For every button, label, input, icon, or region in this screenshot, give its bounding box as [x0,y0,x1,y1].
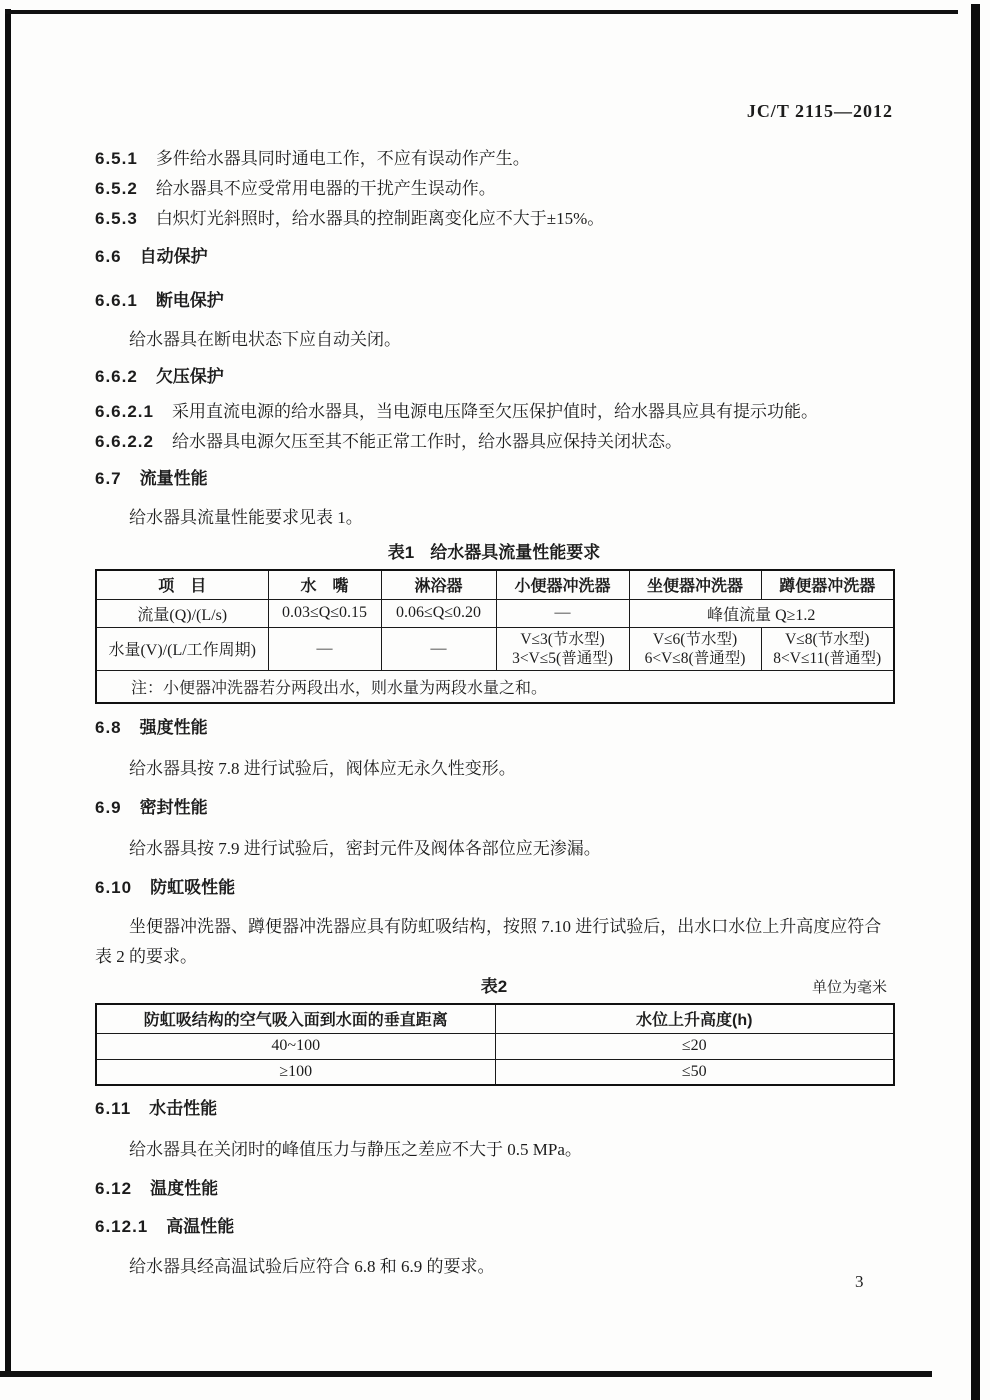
clause-number: 6.6 [95,247,122,266]
heading-6-9: 6.9密封性能 [95,796,893,820]
heading-title: 水击性能 [149,1099,217,1118]
heading-6-6: 6.6自动保护 [95,245,893,269]
document-page: JC/T 2115—2012 6.5.1多件给水器具同时通电工作，不应有误动作产… [0,0,990,1400]
para-6-11: 给水器具在关闭时的峰值压力与静压之差应不大于 0.5 MPa。 [95,1135,893,1165]
table2-row-1: 40~100 ≤20 [96,1033,894,1059]
volume-toilet-line1: V≤6(节水型) [632,630,759,649]
table1-header-urinal: 小便器冲洗器 [496,570,629,599]
clause-number: 6.11 [95,1099,131,1118]
table1-label: 表1 [388,543,414,562]
volume-urinal: V≤3(节水型) 3<V≤5(普通型) [496,627,629,670]
clause-6-5-1: 6.5.1多件给水器具同时通电工作，不应有误动作产生。 [95,144,893,174]
distance-value: 40~100 [96,1033,495,1059]
heading-6-10: 6.10防虹吸性能 [95,876,893,900]
table1-volume-row: 水量(V)/(L/工作周期) — — V≤3(节水型) 3<V≤5(普通型) V… [96,627,894,670]
scan-border-top [5,10,958,14]
para-6-7: 给水器具流量性能要求见表 1。 [95,503,893,533]
volume-row-name: 水量(V)/(L/工作周期) [96,627,268,670]
page-content: JC/T 2115—2012 6.5.1多件给水器具同时通电工作，不应有误动作产… [95,100,893,1282]
heading-title: 防虹吸性能 [150,878,235,897]
heading-title: 欠压保护 [156,367,224,386]
clause-number: 6.9 [95,798,122,817]
table2-row-2: ≥100 ≤50 [96,1059,894,1085]
table2-header-rise: 水位上升高度(h) [495,1004,894,1033]
clause-6-6-2-1: 6.6.2.1采用直流电源的给水器具，当电源电压降至欠压保护值时，给水器具应具有… [95,397,893,427]
table2-header-row: 防虹吸结构的空气吸入面到水面的垂直距离 水位上升高度(h) [96,1004,894,1033]
table1-header-faucet: 水 嘴 [268,570,381,599]
clause-number: 6.6.1 [95,291,138,310]
heading-6-11: 6.11水击性能 [95,1097,893,1121]
clause-text: 给水器具电源欠压至其不能正常工作时，给水器具应保持关闭状态。 [172,432,682,451]
heading-6-12: 6.12温度性能 [95,1177,893,1201]
clause-number: 6.5.1 [95,149,138,168]
para-6-9: 给水器具按 7.9 进行试验后，密封元件及阀体各部位应无渗漏。 [95,834,893,864]
flow-row-name: 流量(Q)/(L/s) [96,599,268,627]
table2-header-distance: 防虹吸结构的空气吸入面到水面的垂直距离 [96,1004,495,1033]
volume-toilet-line2: 6<V≤8(普通型) [632,649,759,668]
table2-caption: 表2 单位为毫米 [95,976,893,998]
heading-title: 高温性能 [166,1217,234,1236]
table1-header-shower: 淋浴器 [381,570,496,599]
volume-squat: V≤8(节水型) 8<V≤11(普通型) [761,627,894,670]
clause-number: 6.5.3 [95,209,138,228]
heading-6-12-1: 6.12.1高温性能 [95,1215,893,1239]
heading-6-6-2: 6.6.2欠压保护 [95,365,893,389]
volume-faucet: — [268,627,381,670]
table1-title: 给水器具流量性能要求 [430,543,600,562]
scan-border-bottom [0,1371,932,1377]
scan-border-right [971,4,980,1400]
heading-6-6-1: 6.6.1断电保护 [95,289,893,313]
heading-6-8: 6.8强度性能 [95,716,893,740]
heading-title: 密封性能 [140,798,208,817]
table2-antisiphon: 防虹吸结构的空气吸入面到水面的垂直距离 水位上升高度(h) 40~100 ≤20… [95,1003,895,1086]
heading-title: 温度性能 [150,1179,218,1198]
clause-text: 多件给水器具同时通电工作，不应有误动作产生。 [156,149,530,168]
table1-header-squat: 蹲便器冲洗器 [761,570,894,599]
heading-title: 流量性能 [140,469,208,488]
clause-number: 6.10 [95,878,132,897]
table1-flow-performance: 项 目 水 嘴 淋浴器 小便器冲洗器 坐便器冲洗器 蹲便器冲洗器 流量(Q)/(… [95,569,895,704]
volume-urinal-line1: V≤3(节水型) [499,630,627,649]
clause-group-6-6-2: 6.6.2.1采用直流电源的给水器具，当电源电压降至欠压保护值时，给水器具应具有… [95,397,893,457]
clause-6-6-2-2: 6.6.2.2给水器具电源欠压至其不能正常工作时，给水器具应保持关闭状态。 [95,427,893,457]
table1-header-item: 项 目 [96,570,268,599]
table1-caption: 表1给水器具流量性能要求 [95,541,893,565]
heading-6-7: 6.7流量性能 [95,467,893,491]
clause-text: 采用直流电源的给水器具，当电源电压降至欠压保护值时，给水器具应具有提示功能。 [172,402,818,421]
volume-shower: — [381,627,496,670]
rise-value: ≤50 [495,1059,894,1085]
table1-note: 注：小便器冲洗器若分两段出水，则水量为两段水量之和。 [96,670,894,703]
volume-squat-line2: 8<V≤11(普通型) [764,649,892,668]
heading-title: 断电保护 [156,291,224,310]
clause-number: 6.5.2 [95,179,138,198]
page-number: 3 [855,1272,864,1292]
para-6-10: 坐便器冲洗器、蹲便器冲洗器应具有防虹吸结构，按照 7.10 进行试验后，出水口水… [95,912,893,972]
flow-faucet: 0.03≤Q≤0.15 [268,599,381,627]
rise-value: ≤20 [495,1033,894,1059]
clause-number: 6.7 [95,469,122,488]
clause-text: 白炽灯光斜照时，给水器具的控制距离变化应不大于±15%。 [156,209,605,228]
clause-number: 6.6.2.2 [95,432,154,451]
volume-urinal-line2: 3<V≤5(普通型) [499,649,627,668]
para-6-12-1: 给水器具经高温试验后应符合 6.8 和 6.9 的要求。 [95,1252,893,1282]
clause-number: 6.6.2.1 [95,402,154,421]
clause-6-5-3: 6.5.3白炽灯光斜照时，给水器具的控制距离变化应不大于±15%。 [95,204,893,234]
table1-header-row: 项 目 水 嘴 淋浴器 小便器冲洗器 坐便器冲洗器 蹲便器冲洗器 [96,570,894,599]
volume-toilet: V≤6(节水型) 6<V≤8(普通型) [629,627,761,670]
table1-flow-row: 流量(Q)/(L/s) 0.03≤Q≤0.15 0.06≤Q≤0.20 — 峰值… [96,599,894,627]
table1-note-row: 注：小便器冲洗器若分两段出水，则水量为两段水量之和。 [96,670,894,703]
table2-unit-note: 单位为毫米 [812,978,887,998]
heading-title: 强度性能 [140,718,208,737]
clause-number: 6.12 [95,1179,132,1198]
scan-border-left [5,9,11,1377]
clause-group-6-5: 6.5.1多件给水器具同时通电工作，不应有误动作产生。 6.5.2给水器具不应受… [95,144,893,234]
clause-number: 6.12.1 [95,1217,148,1236]
table1-header-toilet: 坐便器冲洗器 [629,570,761,599]
para-6-8: 给水器具按 7.8 进行试验后，阀体应无永久性变形。 [95,754,893,784]
standard-code: JC/T 2115—2012 [95,100,893,122]
clause-number: 6.8 [95,718,122,737]
clause-text: 给水器具不应受常用电器的干扰产生误动作。 [156,179,496,198]
volume-squat-line1: V≤8(节水型) [764,630,892,649]
clause-6-5-2: 6.5.2给水器具不应受常用电器的干扰产生误动作。 [95,174,893,204]
clause-number: 6.6.2 [95,367,138,386]
flow-shower: 0.06≤Q≤0.20 [381,599,496,627]
flow-urinal: — [496,599,629,627]
para-6-6-1: 给水器具在断电状态下应自动关闭。 [95,325,893,355]
heading-title: 自动保护 [140,247,208,266]
table2-label: 表2 [95,976,893,998]
distance-value: ≥100 [96,1059,495,1085]
flow-peak: 峰值流量 Q≥1.2 [629,599,894,627]
